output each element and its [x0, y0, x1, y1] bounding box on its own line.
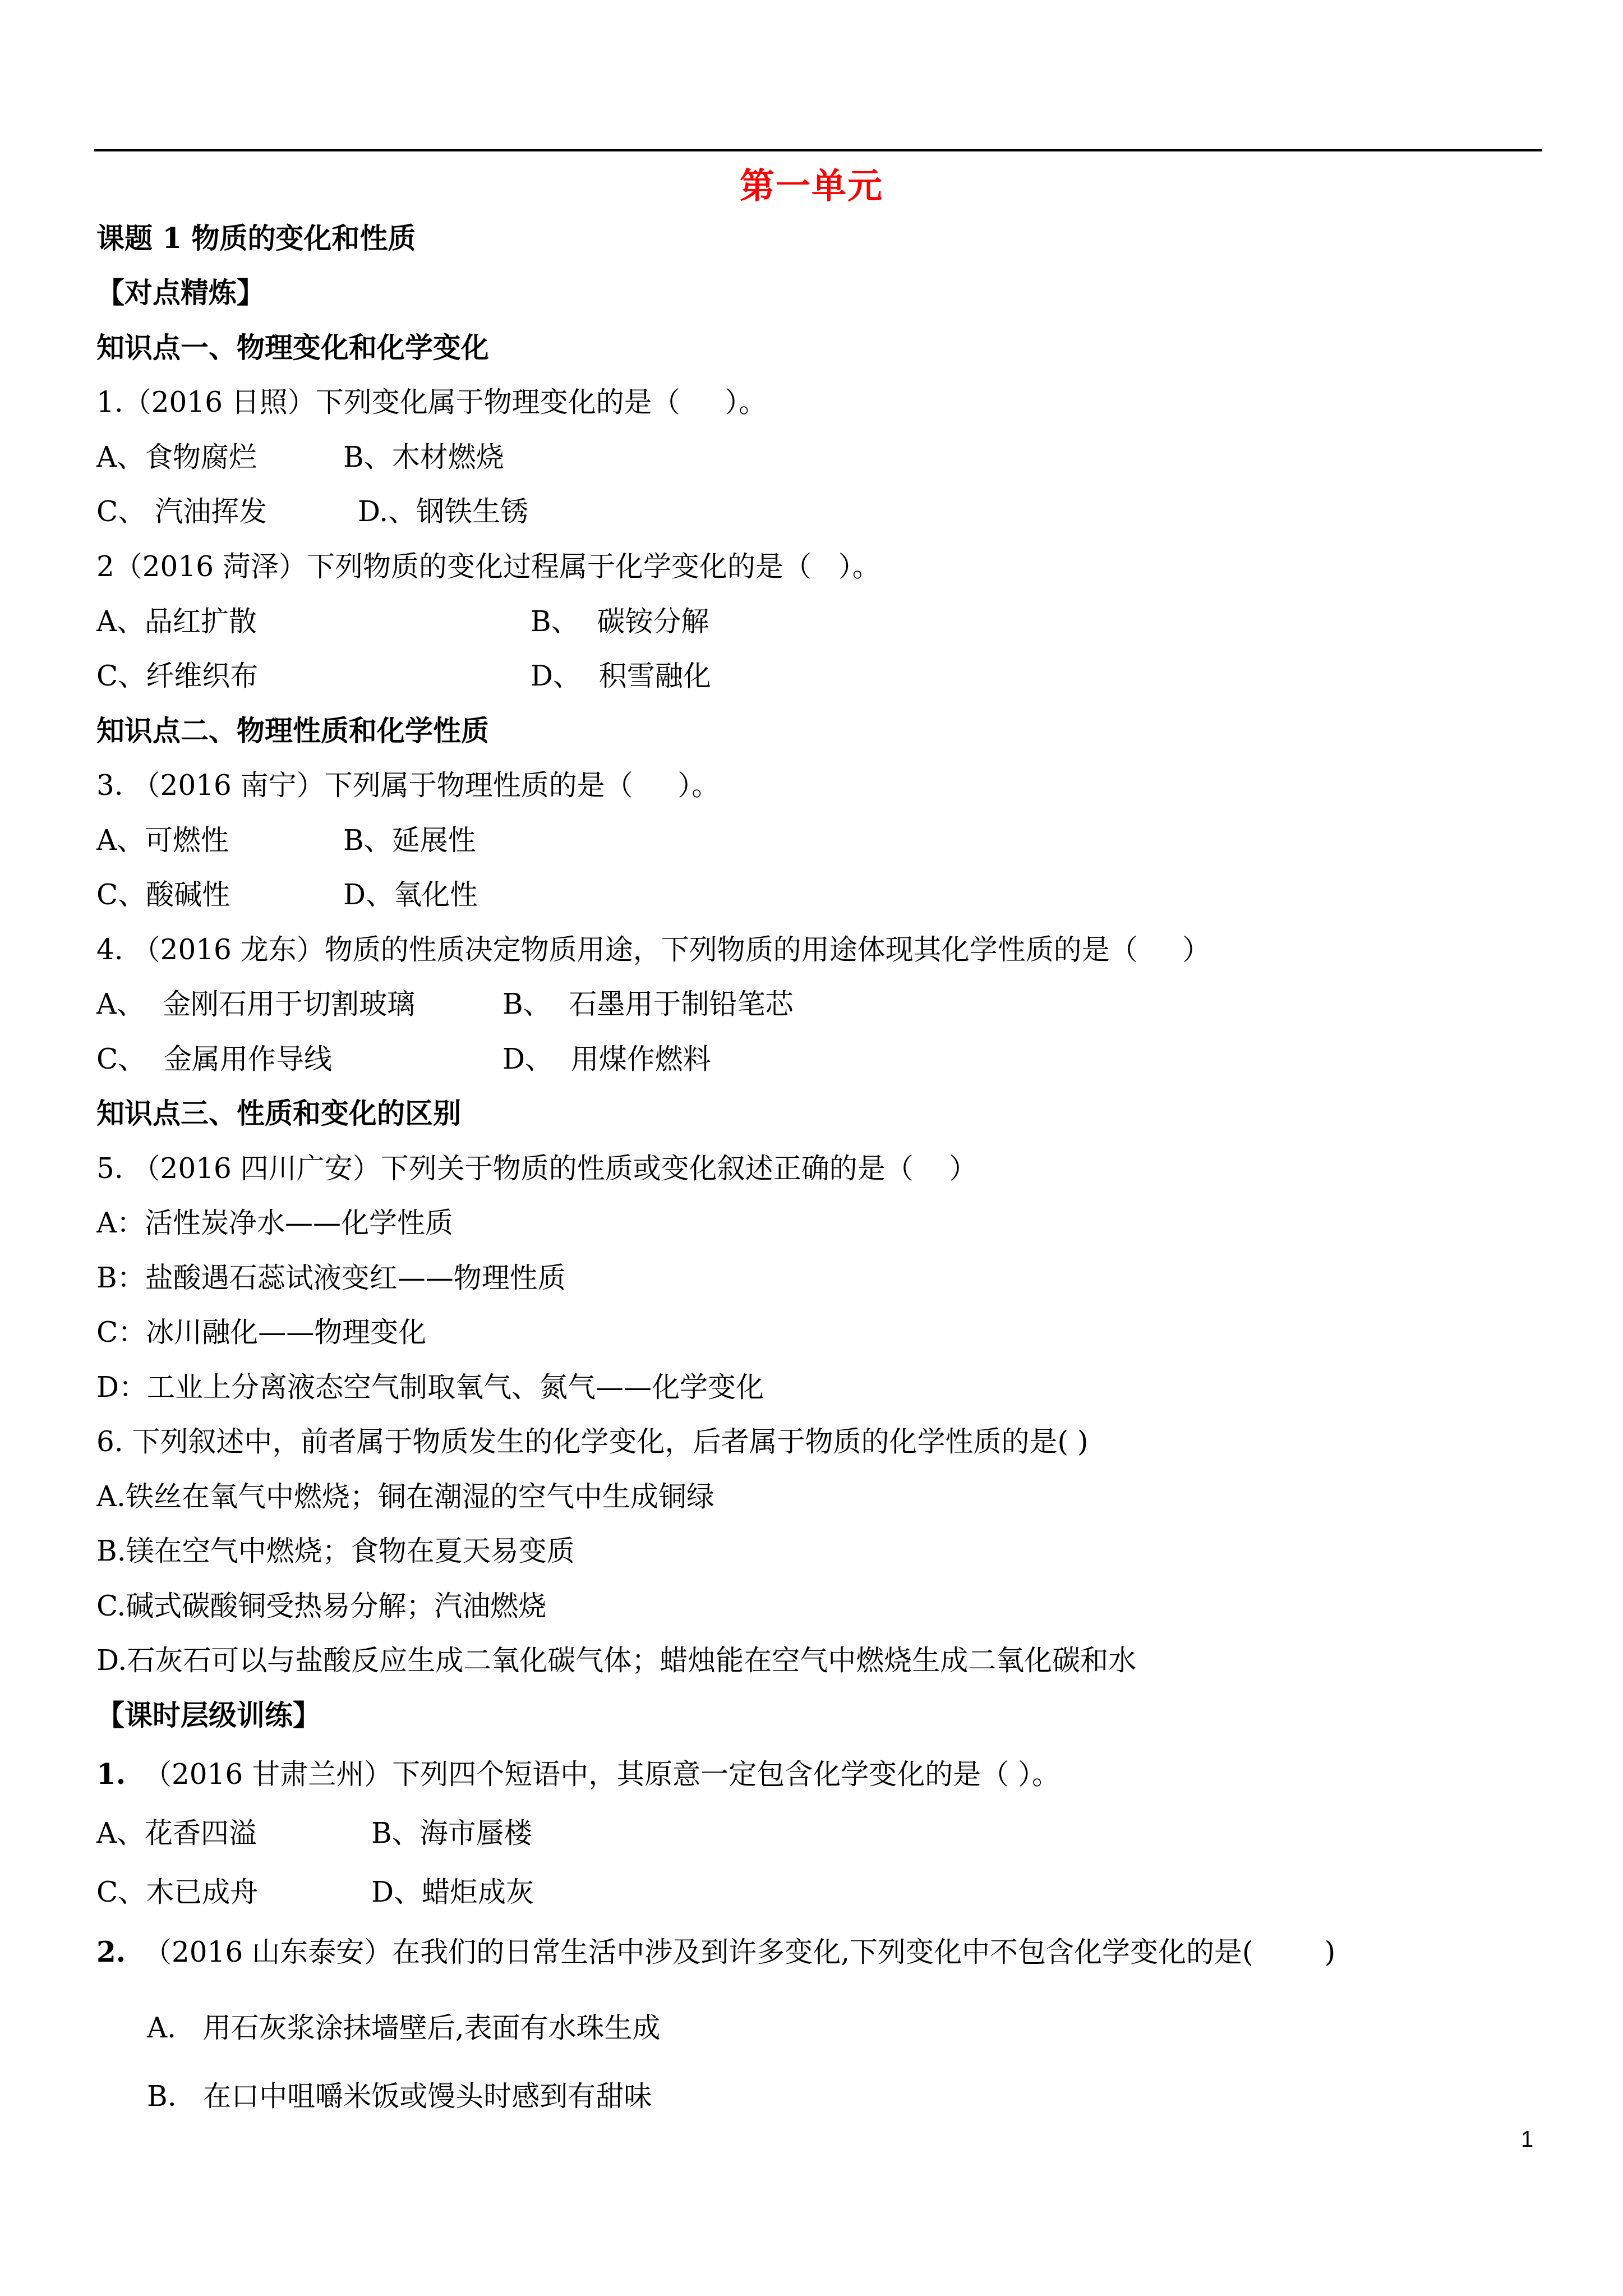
t1-option-a: A、花香四溢: [96, 1819, 257, 1847]
section-training: 【课时层级训练】: [96, 1701, 321, 1729]
q5-stem: 5. （2016 四川广安）下列关于物质的性质或变化叙述正确的是（ ）: [96, 1154, 977, 1182]
q6-option-b: B.镁在空气中燃烧；食物在夏天易变质: [96, 1537, 575, 1565]
q3-option-d: D、氧化性: [343, 881, 478, 909]
t2-option-a: A. 用石灰浆涂抹墙壁后,表面有水珠生成: [147, 2014, 661, 2042]
page-number: 1: [1521, 2127, 1533, 2152]
q3-option-c: C、酸碱性: [96, 881, 230, 909]
q5-option-a: A：活性炭净水——化学性质: [96, 1209, 453, 1237]
q6-option-d: D.石灰石可以与盐酸反应生成二氧化碳气体；蜡烛能在空气中燃烧生成二氧化碳和水: [96, 1646, 1136, 1674]
q4-option-c: C、 金属用作导线: [96, 1045, 332, 1073]
section-practice: 【对点精炼】: [96, 279, 265, 307]
lesson-title: 课题 1 物质的变化和性质: [96, 224, 416, 252]
t1-option-d: D、蜡炬成灰: [371, 1878, 534, 1906]
q1-option-b: B、木材燃烧: [343, 443, 504, 471]
q4-option-d: D、 用煤作燃料: [502, 1045, 711, 1073]
q3-option-a: A、可燃性: [96, 826, 229, 854]
q3-stem: 3. （2016 南宁）下列属于物理性质的是（ ）。: [96, 771, 720, 799]
kp1-heading: 知识点一、物理变化和化学变化: [96, 334, 489, 362]
t1-option-c: C、木已成舟: [96, 1878, 258, 1906]
q6-option-a: A.铁丝在氧气中燃烧；铜在潮湿的空气中生成铜绿: [96, 1483, 714, 1511]
q5-option-c: C：冰川融化——物理变化: [96, 1318, 426, 1346]
t1-number: 1.: [96, 1757, 126, 1791]
t1-stem-text: （2016 甘肃兰州）下列四个短语中，其原意一定包含化学变化的是（ ）。: [144, 1758, 1060, 1791]
t2-stem-text: （2016 山东泰安）在我们的日常生活中涉及到许多变化,下列变化中不包含化学变化…: [144, 1936, 1335, 1968]
q2-option-d: D、 积雪融化: [531, 662, 711, 690]
q1-option-d: D.、钢铁生锈: [358, 498, 528, 526]
q1-stem: 1.（2016 日照）下列变化属于物理变化的是（ ）。: [96, 388, 767, 416]
t2-option-b: B. 在口中咀嚼米饭或馒头时感到有甜味: [147, 2082, 652, 2110]
q2-stem: 2（2016 菏泽）下列物质的变化过程属于化学变化的是（ ）。: [96, 553, 880, 581]
q5-option-b: B：盐酸遇石蕊试液变红——物理性质: [96, 1264, 566, 1292]
page-title: 第一单元: [0, 158, 1623, 208]
t2-number: 2.: [96, 1935, 126, 1968]
q2-option-b: B、 碳铵分解: [531, 608, 709, 636]
q4-option-b: B、 石墨用于制铅笔芯: [502, 990, 794, 1018]
kp2-heading: 知识点二、物理性质和化学性质: [96, 717, 489, 745]
q4-stem: 4. （2016 龙东）物质的性质决定物质用途，下列物质的用途体现其化学性质的是…: [96, 936, 1210, 964]
kp3-heading: 知识点三、性质和变化的区别: [96, 1099, 461, 1128]
q1-option-a: A、食物腐烂: [96, 443, 257, 471]
t2-stem: 2. （2016 山东泰安）在我们的日常生活中涉及到许多变化,下列变化中不包含化…: [96, 1938, 1335, 1966]
header-rule: [94, 149, 1542, 151]
q6-stem: 6. 下列叙述中，前者属于物质发生的化学变化，后者属于物质的化学性质的是( ): [96, 1428, 1089, 1456]
t1-stem: 1. （2016 甘肃兰州）下列四个短语中，其原意一定包含化学变化的是（ ）。: [96, 1760, 1060, 1788]
t1-option-b: B、海市蜃楼: [371, 1819, 532, 1847]
q2-option-a: A、品红扩散: [96, 608, 257, 636]
q1-option-c: C、 汽油挥发: [96, 498, 267, 526]
q4-option-a: A、 金刚石用于切割玻璃: [96, 990, 415, 1018]
q5-option-d: D：工业上分离液态空气制取氧气、氮气——化学变化: [96, 1373, 764, 1401]
q6-option-c: C.碱式碳酸铜受热易分解；汽油燃烧: [96, 1592, 546, 1620]
q3-option-b: B、延展性: [343, 826, 476, 854]
q2-option-c: C、纤维织布: [96, 662, 258, 690]
